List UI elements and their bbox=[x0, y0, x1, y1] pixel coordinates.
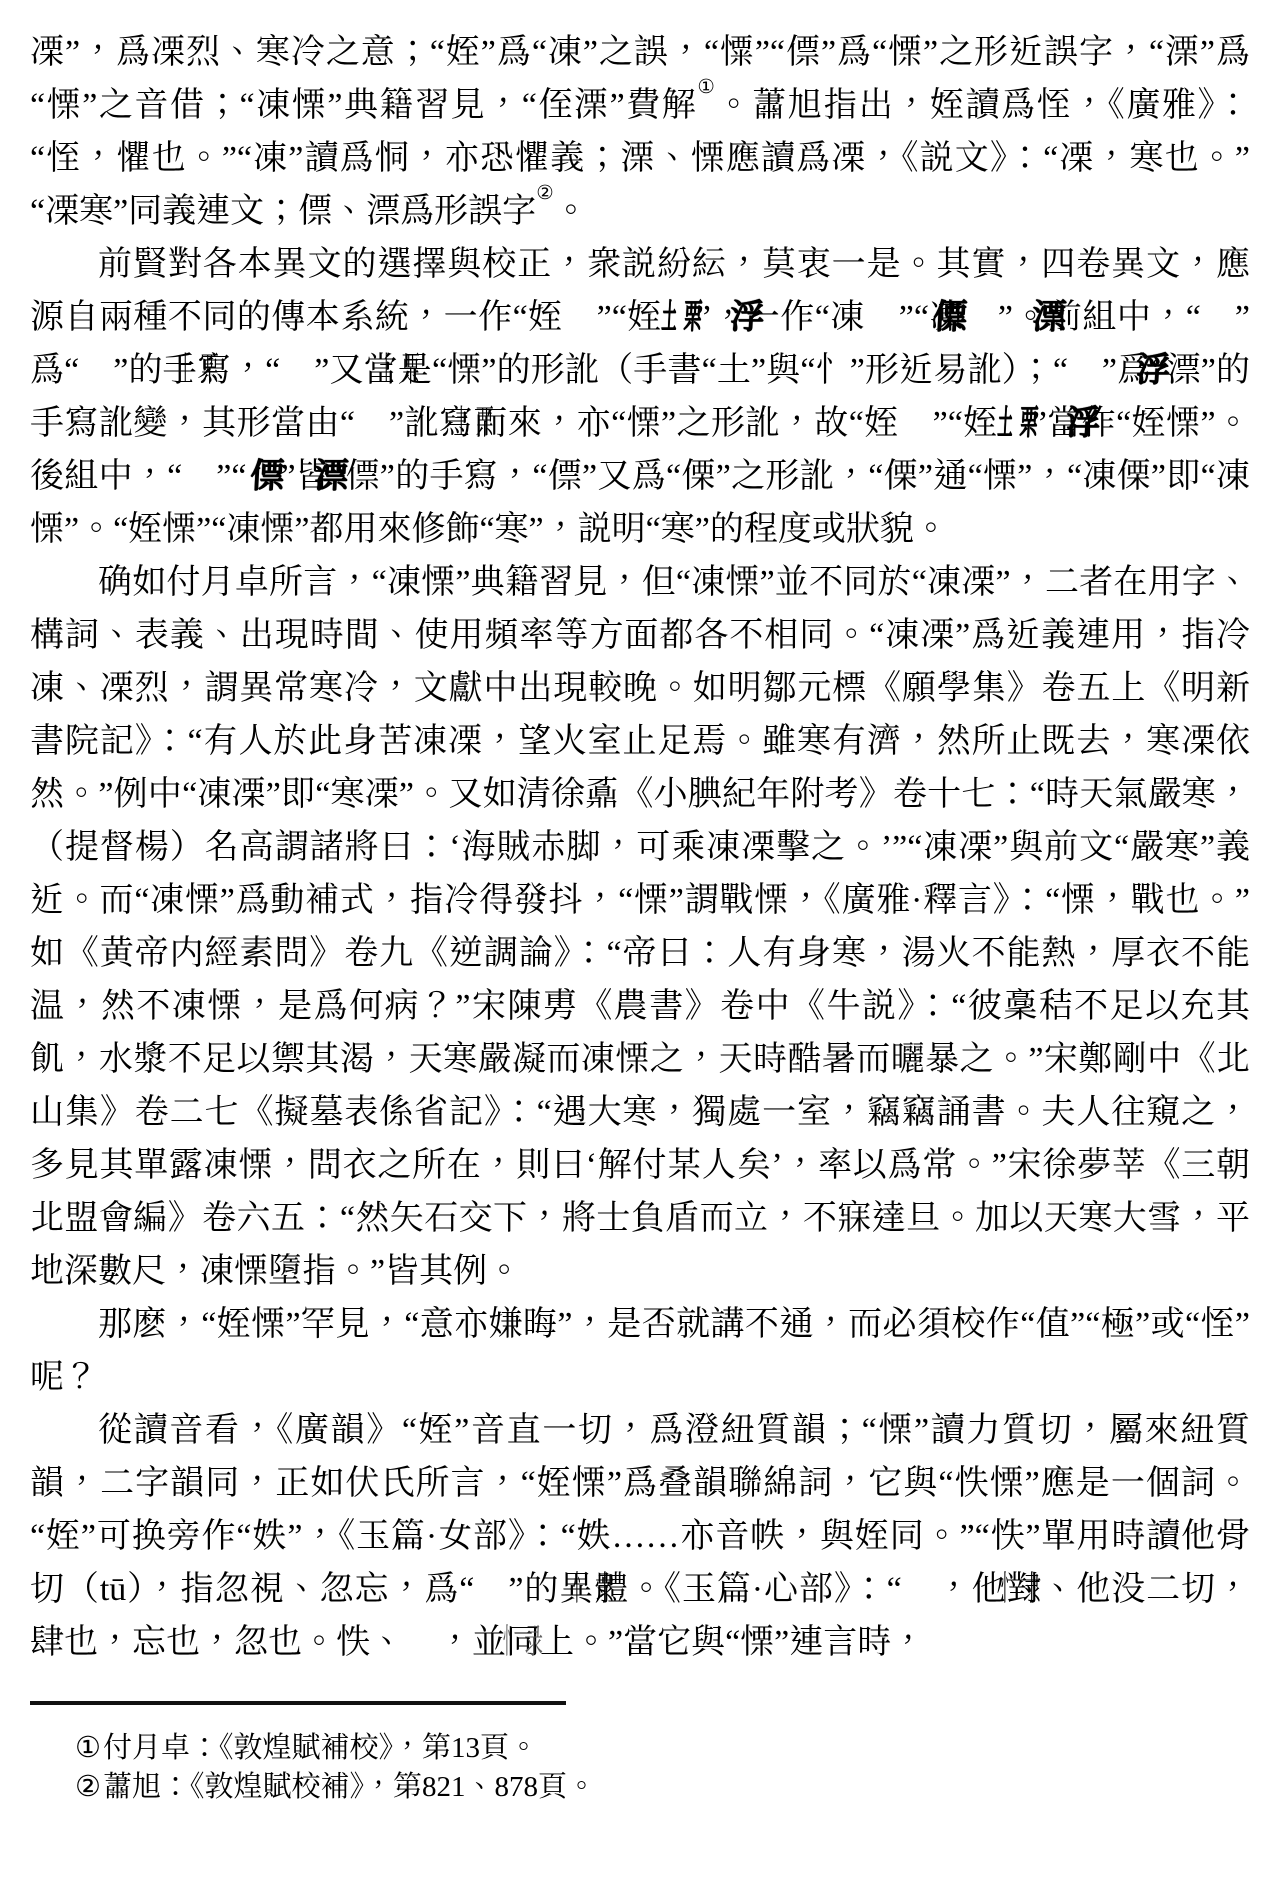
rare-glyph: 忄隶 bbox=[902, 1563, 936, 1616]
rare-glyph: 土栗 bbox=[280, 344, 314, 397]
manuscript-glyph: 土栗 bbox=[897, 397, 934, 450]
footnote-separator bbox=[30, 1701, 566, 1705]
manuscript-glyph: 浮 bbox=[1067, 344, 1104, 397]
manuscript-glyph: 漂 bbox=[245, 450, 282, 503]
footnote-marker: ② bbox=[75, 1771, 101, 1803]
footnote-list: ①付月卓：《敦煌賦補校》，第13頁。②蕭旭：《敦煌賦校補》，第821、878頁。 bbox=[30, 1729, 1250, 1807]
manuscript-glyph: 漂 bbox=[963, 291, 1000, 344]
rare-glyph: 忄隶 bbox=[474, 1563, 508, 1616]
text-run: ”的手寫，“ bbox=[113, 352, 280, 389]
paragraph: 從讀音看，《廣韻》“姪”音直一切，爲澄紐質韻；“慄”讀力質切，屬來紐質韻，二字韻… bbox=[30, 1404, 1250, 1669]
footnote: ①付月卓：《敦煌賦補校》，第13頁。 bbox=[75, 1729, 1250, 1768]
text-run: ”又當是“慄”的形訛（手書“土”與“忄”形近易訛）；“ bbox=[314, 352, 1068, 389]
rare-glyph: 土栗 bbox=[355, 397, 389, 450]
manuscript-glyph: 僄 bbox=[863, 291, 900, 344]
text-run: ”“ bbox=[216, 458, 246, 495]
footnote-text: 付月卓：《敦煌賦補校》，第13頁。 bbox=[103, 1732, 538, 1764]
text-run: 确如付月卓所言，“凍慄”典籍習見，但“凍慄”並不同於“凍凓”，二者在用字、構詞、… bbox=[30, 564, 1250, 1290]
footnote-marker: ① bbox=[75, 1732, 101, 1764]
footnote-text: 蕭旭：《敦煌賦校補》，第821、878頁。 bbox=[103, 1771, 596, 1803]
text-run: ”，一作“凍 bbox=[696, 299, 865, 336]
paper-page: 凓”，爲凓烈、寒冷之意；“姪”爲“凍”之誤，“憟”“僄”爲“慄”之形近誤字，“溧… bbox=[0, 0, 1280, 1885]
footnote-ref: ② bbox=[536, 182, 554, 204]
text-run: 。 bbox=[554, 193, 588, 230]
text-run: ”。前組中，“ bbox=[998, 299, 1201, 336]
manuscript-glyph: 浮 bbox=[660, 291, 697, 344]
rare-glyph: 土栗 bbox=[79, 344, 113, 397]
footnote: ②蕭旭：《敦煌賦校補》，第821、878頁。 bbox=[75, 1768, 1250, 1807]
paragraph: 确如付月卓所言，“凍慄”典籍習見，但“凍慄”並不同於“凍凓”，二者在用字、構詞、… bbox=[30, 556, 1250, 1298]
rare-glyph: 忄录 bbox=[404, 1616, 438, 1669]
manuscript-glyph: 土栗 bbox=[561, 291, 598, 344]
footnote-ref: ① bbox=[697, 76, 716, 98]
text-run: 那麽，“姪慄”罕見，“意亦嫌晦”，是否就講不通，而必須校作“值”“極”或“恎”呢… bbox=[30, 1306, 1250, 1396]
document-body: 凓”，爲凓烈、寒冷之意；“姪”爲“凍”之誤，“憟”“僄”爲“慄”之形近誤字，“溧… bbox=[30, 26, 1250, 1669]
paragraph: 那麽，“姪慄”罕見，“意亦嫌晦”，是否就講不通，而必須校作“值”“極”或“恎”呢… bbox=[30, 1298, 1250, 1404]
paragraph: 前賢對各本異文的選擇與校正，衆説紛紜，莫衷一是。其實，四卷異文，應源自兩種不同的… bbox=[30, 238, 1250, 556]
manuscript-glyph: 土栗 bbox=[1200, 291, 1237, 344]
paragraph: 凓”，爲凓烈、寒冷之意；“姪”爲“凍”之誤，“憟”“僄”爲“慄”之形近誤字，“溧… bbox=[30, 26, 1250, 238]
manuscript-glyph: 浮 bbox=[996, 397, 1033, 450]
manuscript-glyph: 僄 bbox=[181, 450, 218, 503]
